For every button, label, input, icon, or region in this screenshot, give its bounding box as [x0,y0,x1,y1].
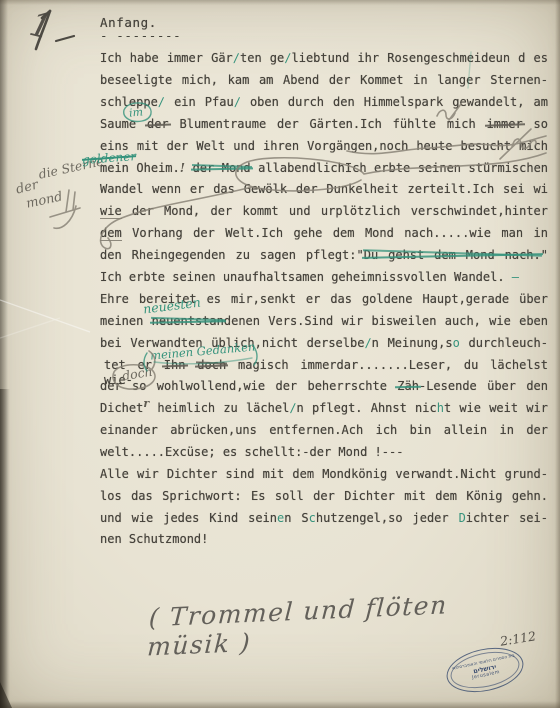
green-slash-mark: ∕ [158,95,165,109]
text-run: oben durch den Himmelspark gewandelt, am [241,95,548,109]
text-run: los das Sprichwort: Es soll der Dichter … [100,489,548,503]
stamp-city-latin: Jerusalem [472,670,501,681]
green-slash-mark: ∕ [234,95,241,109]
typescript-line: meinen neuentstandenen Vers.Sind wir bis… [100,314,548,336]
stamp-city-hebrew: ירושלים [473,664,497,676]
paper-edge-shadow-right [555,0,560,708]
text-run: Saume [100,117,147,131]
green-letter-correction: o [453,336,460,350]
text-run: hutzengel,so jeder [316,511,459,525]
text-run: n S [284,511,308,525]
typescript-line: mein Oheim.! der Mond allabendlichIch er… [100,161,548,183]
struck-word-green: Zäh [397,379,419,393]
typescript-line: beseeligte mich, kam am Abend der Kommet… [100,73,548,95]
paper-edge-shadow-left-lower [0,389,10,708]
handwritten-page-number: 1 [25,4,56,48]
typescript-line: los das Sprichwort: Es soll der Dichter … [100,489,548,511]
text-run: Vorhang der Welt.Ich gehe dem Mond nach.… [122,226,548,240]
text-run: nen Schutzmond! [100,532,208,546]
text-run: ichter sei- [466,511,548,525]
text-run: -Lesende über den [419,379,548,393]
page-title-underline: - -------- [100,29,181,43]
green-dash-mark: – [505,270,519,284]
green-slash-mark: ∕ [289,401,296,415]
text-run: Ich habe immer Gär [100,51,233,65]
typescript-line: Saume der Blumentraume der Gärten.Ich fü… [100,117,548,139]
text-run: denen [224,314,260,328]
typescript-line: nen Schutzmond! [100,532,548,554]
text-run: Blumentraume der Gärten.Ich fühlte mich [169,117,487,131]
typescript-line: der so wohlwollend,wie der beherrschte Z… [100,379,548,401]
typescript-line: Dichetr heimlich zu lächel∕n pflegt. Ahn… [100,401,548,423]
typescript-line: dem Vorhang der Welt.Ich gehe dem Mond n… [100,226,548,248]
manuscript-page: 1 Anfang. - -------- Ich habe immer Gär∕… [0,0,560,708]
text-run: Dichet [100,401,143,415]
typescript-line: eins mit der Welt und ihren Vorgängen,no… [100,139,548,161]
paper-edge-shadow-top [0,0,560,5]
stamp-hebrew-top: בית הספרים הלאומי והאוניברסיטאי [452,655,516,673]
text-run: so [523,117,548,131]
green-slash-mark: ∕ [364,336,371,350]
struck-word-pencil: immer [487,117,523,131]
pencil-inserted-letter: r [143,397,149,410]
text-run: Alle wir Dichter sind mit dem Mondkönig … [100,467,548,481]
text-run: Wandel wenn er das Gewölk der Dunkelheit… [100,182,548,196]
text-run: allabendlich [251,161,345,175]
typescript-line: Alle wir Dichter sind mit dem Mondkönig … [100,467,548,489]
text-run: n pflegt. Ahnst nic [297,401,437,415]
text-run: liebtund ihr Rosengeschmeideun d es [292,51,549,65]
text-run: ten ge [240,51,284,65]
text-run: beseeligte mich, kam am Abend der Kommet… [100,73,548,87]
green-slash-mark: ∕ [233,51,240,65]
struck-word-pencil: der [147,117,169,131]
typescript-line: Ich habe immer Gär∕ten ge∕liebtund ihr R… [100,51,548,73]
text-run: welt.....Excüse; es schellt:-der Mond !-… [100,445,403,459]
paper-edge-shadow-bottom [0,701,560,708]
struck-word-pencil: doch [197,358,226,372]
typescript-line: einander abrücken,uns entfernen.Ach ich … [100,423,548,445]
text-run: n Meinung,s [372,336,453,350]
struck-word-green: der Mond [193,161,251,175]
struck-word-green: neuentstan [152,314,224,328]
text-run: Ich erbte seinen unaufhaltsamen geheimni… [100,270,505,284]
typescript-line: schleppe∕ ein Pfau∕ oben durch den Himme… [100,95,548,117]
typescript-line: Wandel wenn er das Gewölk der Dunkelheit… [100,182,548,204]
text-run: ein Pfau [165,95,234,109]
typescript-line: tet er Ihn doch magisch immerdar.......L… [104,358,548,380]
text-run: durchleuch- [460,336,548,350]
struck-phrase-green: Du gehst dem Mond nach. [364,248,541,262]
typescript-line: Ich erbte seinen unaufhaltsamen geheimni… [100,270,548,292]
library-stamp: בית הספרים הלאומי והאוניברסיטאי ירושלים … [442,641,527,698]
text-run: einander abrücken,uns entfernen.Ach ich … [100,423,548,437]
typescript-line: und wie jedes Kind seinen Schutzengel,so… [100,511,548,533]
typescript-line: wie der Mond, der kommt und urplötzlich … [100,204,548,226]
underlined-word: wie [100,204,122,219]
text-run: und wie jedes Kind sein [100,511,277,525]
text-run: der Mond, der kommt und urplötzlich vers… [122,204,548,218]
text-run: Ich erbte seinen stürmischen [345,161,548,175]
handwritten-insertion-im: im [128,105,143,119]
green-letter-correction: c [309,511,316,525]
paper-crease-lines [0,300,90,338]
green-letter-correction: D [459,511,466,525]
text-run: t wie weit wir [444,401,548,415]
green-slash-mark: ∕ [284,51,291,65]
underlined-word: dem [100,226,122,241]
typescript-line: den Rheingegenden zu sagen pflegt:"Du ge… [100,248,548,270]
text-run: eins mit der Welt und ihren Vorgängen,no… [100,139,548,153]
handwritten-catalog-number: 2:112 [499,628,537,648]
text-run: der so wohlwollend,wie der beherrschte [100,379,397,393]
handwritten-stage-direction: ( Trommel und flöten müsik ) [146,588,489,661]
text-run: heimlich zu lächel [149,401,289,415]
text-run: den Rheingegenden zu sagen pflegt:" [100,248,364,262]
typescript-line: welt.....Excüse; es schellt:-der Mond !-… [100,445,548,467]
green-letter-correction: h [437,401,444,415]
text-run: Vers.Sind wir bisweilen auch, wie eben [260,314,548,328]
